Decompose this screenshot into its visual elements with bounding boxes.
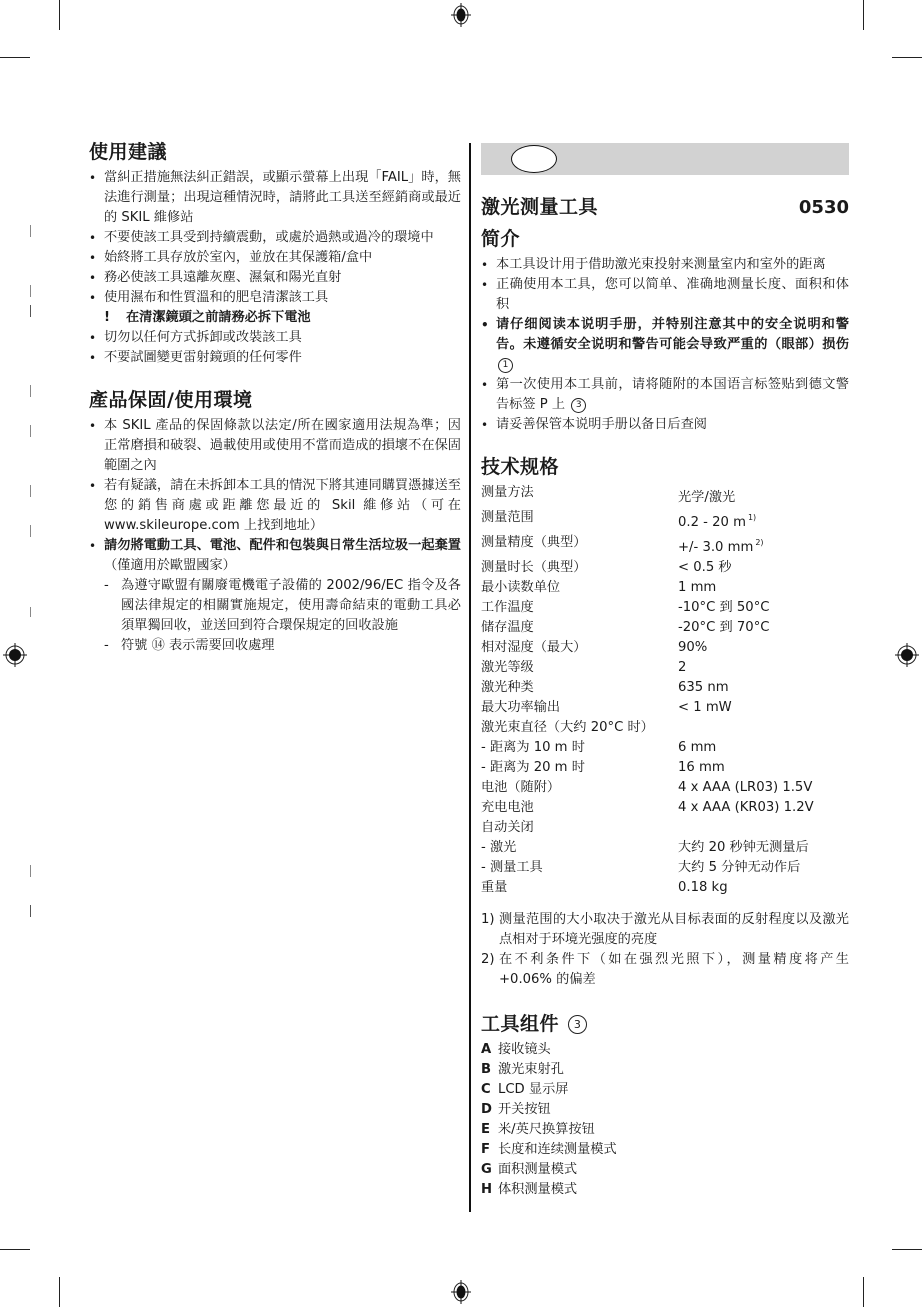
component-item: A接收镜头 <box>481 1040 849 1060</box>
component-item: CLCD 显示屏 <box>481 1080 849 1100</box>
bleed-tick <box>30 485 31 497</box>
table-row: 测量时长（典型）< 0.5 秒 <box>481 558 849 578</box>
language-bar <box>481 143 849 175</box>
list-item: 使用濕布和性質溫和的肥皂清潔該工具 <box>89 288 461 308</box>
column-divider <box>469 143 471 1212</box>
table-row: 激光种类635 nm <box>481 678 849 698</box>
crop-mark-right-top <box>892 57 922 58</box>
list-item: 不要使該工具受到持續震動，或處於過熱或過冷的環境中 <box>89 228 461 248</box>
table-row: - 激光大约 20 秒钟无测量后 <box>481 838 849 858</box>
section-heading: 工具组件 3 <box>481 1010 849 1038</box>
list-item: 请妥善保管本说明手册以备日后查阅 <box>481 415 849 435</box>
section-heading: 简介 <box>481 225 849 253</box>
bleed-tick <box>30 225 31 237</box>
list-item: 務必使該工具遠離灰塵、濕氣和陽光直射 <box>89 268 461 288</box>
component-item: E米/英尺换算按钮 <box>481 1120 849 1140</box>
warning-note: !在清潔鏡頭之前請務必拆下電池 <box>89 308 461 328</box>
component-item: G面积测量模式 <box>481 1160 849 1180</box>
table-row: 自动关闭 <box>481 818 849 838</box>
crop-mark-left-bottom <box>0 1249 30 1250</box>
table-row: 最大功率输出< 1 mW <box>481 698 849 718</box>
list-item: 始終將工具存放於室內，並放在其保護箱/盒中 <box>89 248 461 268</box>
table-row: - 距离为 10 m 时6 mm <box>481 738 849 758</box>
warranty-section: 產品保固/使用環境 本 SKIL 產品的保固條款以法定/所在國家適用法規為準；因… <box>89 386 461 656</box>
language-code-oval <box>511 145 557 173</box>
disposal-warning: 請勿將電動工具、電池、配件和包裝與日常生活垃圾一起棄置 <box>104 538 461 553</box>
table-row: 测量范围0.2 - 20 m1) <box>481 508 849 533</box>
list-item: 若有疑議，請在未拆卸本工具的情況下將其連同購買憑據送至您的銷售商處或距離您最近的… <box>89 476 461 536</box>
crop-mark-top-left <box>59 0 60 30</box>
model-number: 0530 <box>799 198 849 218</box>
component-item: B激光束射孔 <box>481 1060 849 1080</box>
list-item: 切勿以任何方式拆卸或改裝該工具 <box>89 328 461 348</box>
bleed-tick <box>30 525 31 537</box>
product-title-row: 激光测量工具 0530 <box>481 193 849 221</box>
usage-advice-section: 使用建議 當糾正措施無法糾正錯誤，或顯示螢幕上出現「FAIL」時，無法進行測量；… <box>89 138 461 368</box>
table-row: 充电电池4 x AAA (KR03) 1.2V <box>481 798 849 818</box>
crop-mark-bottom-right <box>863 1277 864 1307</box>
intro-section: 简介 本工具设计用于借助激光束投射来测量室内和室外的距离 正确使用本工具，您可以… <box>481 225 849 435</box>
list-item: 第一次使用本工具前，请将随附的本国语言标签贴到德文警告标签 P 上 3 <box>481 375 849 415</box>
table-row: 测量精度（典型）+/- 3.0 mm2) <box>481 533 849 558</box>
list-item: 本工具设计用于借助激光束投射来测量室内和室外的距离 <box>481 255 849 275</box>
crop-mark-left-top <box>0 57 30 58</box>
list-item: 本 SKIL 產品的保固條款以法定/所在國家適用法規為準；因正常磨損和破裂、過載… <box>89 416 461 476</box>
table-row: 重量0.18 kg <box>481 878 849 898</box>
table-row: 相对湿度（最大）90% <box>481 638 849 658</box>
list-item: 请仔细阅读本说明手册，并特别注意其中的安全说明和警告。未遵循安全说明和警告可能会… <box>481 315 849 375</box>
disposal-scope: （僅適用於歐盟國家） <box>104 558 236 573</box>
component-item: H体积测量模式 <box>481 1180 849 1200</box>
bleed-tick <box>30 607 31 617</box>
bleed-tick <box>30 425 31 437</box>
warning-mark: ! <box>104 308 126 328</box>
component-item: D开关按钮 <box>481 1100 849 1120</box>
table-row: 最小读数单位1 mm <box>481 578 849 598</box>
bleed-tick <box>30 305 31 317</box>
crop-mark-bottom-left <box>59 1277 60 1307</box>
section-heading: 技术规格 <box>481 453 849 481</box>
table-row: - 距离为 20 m 时16 mm <box>481 758 849 778</box>
section-heading: 產品保固/使用環境 <box>89 386 461 414</box>
footnote: 1)测量范围的大小取决于激光从目标表面的反射程度以及激光点相对于环境光强度的亮度 <box>481 910 849 950</box>
specs-table: 测量方法光学/激光 测量范围0.2 - 20 m1) 测量精度（典型）+/- 3… <box>481 483 849 898</box>
table-row: - 测量工具大约 5 分钟无动作后 <box>481 858 849 878</box>
list-item: 請勿將電動工具、電池、配件和包裝與日常生活垃圾一起棄置（僅適用於歐盟國家） <box>89 536 461 576</box>
dash-item: -符號 ⑭ 表示需要回收處理 <box>89 636 461 656</box>
crop-mark-top-right <box>863 0 864 30</box>
right-column: 激光测量工具 0530 简介 本工具设计用于借助激光束投射来测量室内和室外的距离… <box>481 143 849 1200</box>
table-row: 激光束直径（大约 20°C 时） <box>481 718 849 738</box>
left-column: 使用建議 當糾正措施無法糾正錯誤，或顯示螢幕上出現「FAIL」時，無法進行測量；… <box>89 138 461 656</box>
list-item: 當糾正措施無法糾正錯誤，或顯示螢幕上出現「FAIL」時，無法進行測量；出現這種情… <box>89 168 461 228</box>
figure-ref-badge: 3 <box>568 1015 587 1034</box>
bleed-tick <box>30 905 31 917</box>
components-section: 工具组件 3 A接收镜头 B激光束射孔 CLCD 显示屏 D开关按钮 E米/英尺… <box>481 1010 849 1200</box>
registration-mark-bottom-icon <box>449 1280 473 1304</box>
component-item: F长度和连续测量模式 <box>481 1140 849 1160</box>
table-row: 工作温度-10°C 到 50°C <box>481 598 849 618</box>
crop-mark-right-bottom <box>892 1249 922 1250</box>
table-row: 电池（随附）4 x AAA (LR03) 1.5V <box>481 778 849 798</box>
registration-mark-left-icon <box>3 643 27 667</box>
registration-mark-top-icon <box>449 3 473 27</box>
table-row: 储存温度-20°C 到 70°C <box>481 618 849 638</box>
section-heading: 使用建議 <box>89 138 461 166</box>
figure-ref-badge: 1 <box>498 358 513 373</box>
list-item: 正确使用本工具，您可以简单、准确地测量长度、面积和体积 <box>481 275 849 315</box>
table-row: 测量方法光学/激光 <box>481 483 849 508</box>
specs-section: 技术规格 测量方法光学/激光 测量范围0.2 - 20 m1) 测量精度（典型）… <box>481 453 849 898</box>
table-row: 激光等级2 <box>481 658 849 678</box>
bleed-tick <box>30 865 31 877</box>
footnotes-section: 1)测量范围的大小取决于激光从目标表面的反射程度以及激光点相对于环境光强度的亮度… <box>481 910 849 990</box>
bleed-tick <box>30 385 31 397</box>
figure-ref-badge: 3 <box>571 398 586 413</box>
product-title: 激光测量工具 <box>481 193 598 221</box>
dash-item: -為遵守歐盟有關廢電機電子設備的 2002/96/EC 指令及各國法律規定的相關… <box>89 576 461 636</box>
warning-text: 在清潔鏡頭之前請務必拆下電池 <box>126 310 311 325</box>
footnote: 2)在不利条件下（如在强烈光照下），测量精度将产生 +0.06% 的偏差 <box>481 950 849 990</box>
bleed-tick <box>30 285 31 297</box>
list-item: 不要試圖變更雷射鏡頭的任何零件 <box>89 348 461 368</box>
registration-mark-right-icon <box>895 643 919 667</box>
